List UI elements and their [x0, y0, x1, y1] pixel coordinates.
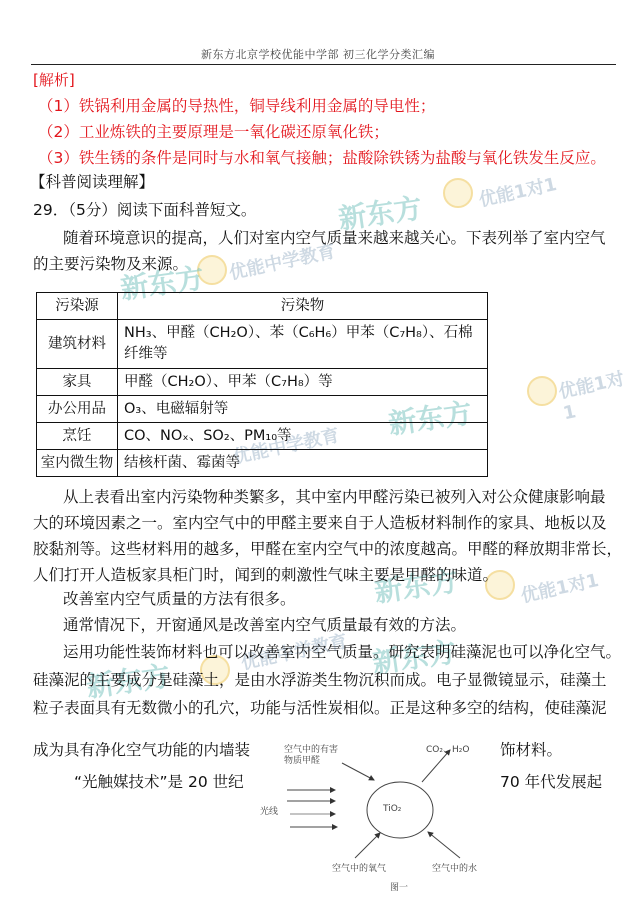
- diagram-label-formaldehyde-2: 物质甲醛: [284, 753, 320, 766]
- analysis-title: [解析]: [33, 70, 75, 90]
- pollutants-line: 纤维等: [124, 344, 481, 365]
- table-cell-pollutants: O₃、电磁辐射等: [118, 396, 488, 423]
- diagram-label-products: CO₂、H₂O: [426, 742, 469, 755]
- body-p7-right: 70 年代发展起: [500, 772, 602, 792]
- body-p6-left: 成为具有净化空气功能的内墙装: [33, 740, 250, 760]
- body-p3: 通常情况下，开窗通风是改善室内空气质量最有效的方法。: [63, 615, 466, 635]
- table-row: 烹饪 CO、NOₓ、SO₂、PM₁₀等: [37, 423, 488, 450]
- body-p6-right: 饰材料。: [500, 740, 562, 760]
- body-p2: 改善室内空气质量的方法有很多。: [63, 589, 296, 609]
- table-cell-pollutants: CO、NOₓ、SO₂、PM₁₀等: [118, 423, 488, 450]
- diagram-label-water: 空气中的水: [432, 861, 477, 874]
- body-p1-line-3: 胶黏剂等。这些材料用的越多，甲醛在室内空气中的浓度越高。甲醛的释放期非常长，: [33, 539, 622, 559]
- table-row: 办公用品 O₃、电磁辐射等: [37, 396, 488, 423]
- body-p4: 运用功能性装饰材料也可以改善室内空气质量。研究表明硅藻泥也可以净化空气。: [63, 642, 621, 662]
- table-cell-source: 建筑材料: [37, 320, 118, 369]
- body-p1-line-1: 从上表看出室内污染物种类繁多，其中室内甲醛污染已被列入对公众健康影响最: [63, 487, 606, 507]
- watermark-logo-icon: [443, 178, 473, 208]
- table-header-pollutants: 污染物: [118, 293, 488, 320]
- pollutants-line: NH₃、甲醛（CH₂O）、苯（C₆H₆）甲苯（C₇H₈）、石棉: [124, 323, 481, 344]
- table-header-row: 污染源 污染物: [37, 293, 488, 320]
- photocatalyst-diagram: TiO₂ 空气中的有害 物质甲醛 CO₂、H₂O 光线 空气中的氧气 空气中的水…: [240, 730, 500, 899]
- section-title: 【科普阅读理解】: [30, 172, 154, 192]
- intro-line-1: 随着环境意识的提高，人们对室内空气质量来越来越关心。下表列举了室内空气: [63, 228, 606, 248]
- table-cell-pollutants: NH₃、甲醛（CH₂O）、苯（C₆H₆）甲苯（C₇H₈）、石棉 纤维等: [118, 320, 488, 369]
- body-p5-line-2: 粒子表面具有无数微小的孔穴，功能与活性炭相似。正是这种多空的结构，使硅藻泥: [33, 698, 607, 718]
- intro-line-2: 的主要污染物及来源。: [33, 254, 188, 274]
- analysis-item-3: （3）铁生锈的条件是同时与水和氧气接触；盐酸除铁锈为盐酸与氧化铁发生反应。: [38, 148, 606, 168]
- pollutant-table: 污染源 污染物 建筑材料 NH₃、甲醛（CH₂O）、苯（C₆H₆）甲苯（C₇H₈…: [36, 292, 488, 477]
- question-number: 29．（5分）阅读下面科普短文。: [33, 200, 256, 220]
- table-row: 建筑材料 NH₃、甲醛（CH₂O）、苯（C₆H₆）甲苯（C₇H₈）、石棉 纤维等: [37, 320, 488, 369]
- table-cell-source: 烹饪: [37, 423, 118, 450]
- table-row: 家具 甲醛（CH₂O）、甲苯（C₇H₈）等: [37, 369, 488, 396]
- table-row: 室内微生物 结核杆菌、霉菌等: [37, 450, 488, 477]
- analysis-item-1: （1）铁锅利用金属的导热性，铜导线利用金属的导电性；: [38, 96, 435, 116]
- analysis-item-2: （2）工业炼铁的主要原理是一氧化碳还原氧化铁；: [38, 122, 389, 142]
- diagram-caption: 图一: [390, 880, 408, 893]
- body-p1-line-2: 大的环境因素之一。室内空气中的甲醛主要来自于人造板材料制作的家具、地板以及: [33, 513, 607, 533]
- table-cell-pollutants: 结核杆菌、霉菌等: [118, 450, 488, 477]
- diagram-label-oxygen: 空气中的氧气: [332, 861, 386, 874]
- table-header-source: 污染源: [37, 293, 118, 320]
- body-p5-line-1: 硅藻泥的主要成分是硅藻土，是由水浮游类生物沉积而成。电子显微镜显示，硅藻土: [33, 670, 607, 690]
- watermark-logo-icon: [197, 255, 227, 285]
- table-cell-source: 室内微生物: [37, 450, 118, 477]
- table-cell-source: 家具: [37, 369, 118, 396]
- watermark-youneng: 优能1对1: [518, 566, 601, 608]
- table-cell-source: 办公用品: [37, 396, 118, 423]
- table-cell-pollutants: 甲醛（CH₂O）、甲苯（C₇H₈）等: [118, 369, 488, 396]
- body-p1-line-4: 人们打开人造板家具柜门时，闻到的刺激性气味主要是甲醛的味道。: [33, 565, 498, 585]
- watermark-youneng: 优能1对1: [476, 170, 559, 212]
- body-p7-left: “光触媒技术”是 20 世纪: [74, 772, 244, 792]
- watermark-youneng: 优能1对1: [556, 363, 636, 425]
- diagram-center-label: TiO₂: [383, 804, 401, 814]
- watermark-logo-icon: [527, 376, 557, 406]
- header-rule: [31, 64, 616, 65]
- diagram-label-light: 光线: [260, 804, 278, 817]
- page-header: 新东方北京学校优能中学部 初三化学分类汇编: [0, 46, 636, 62]
